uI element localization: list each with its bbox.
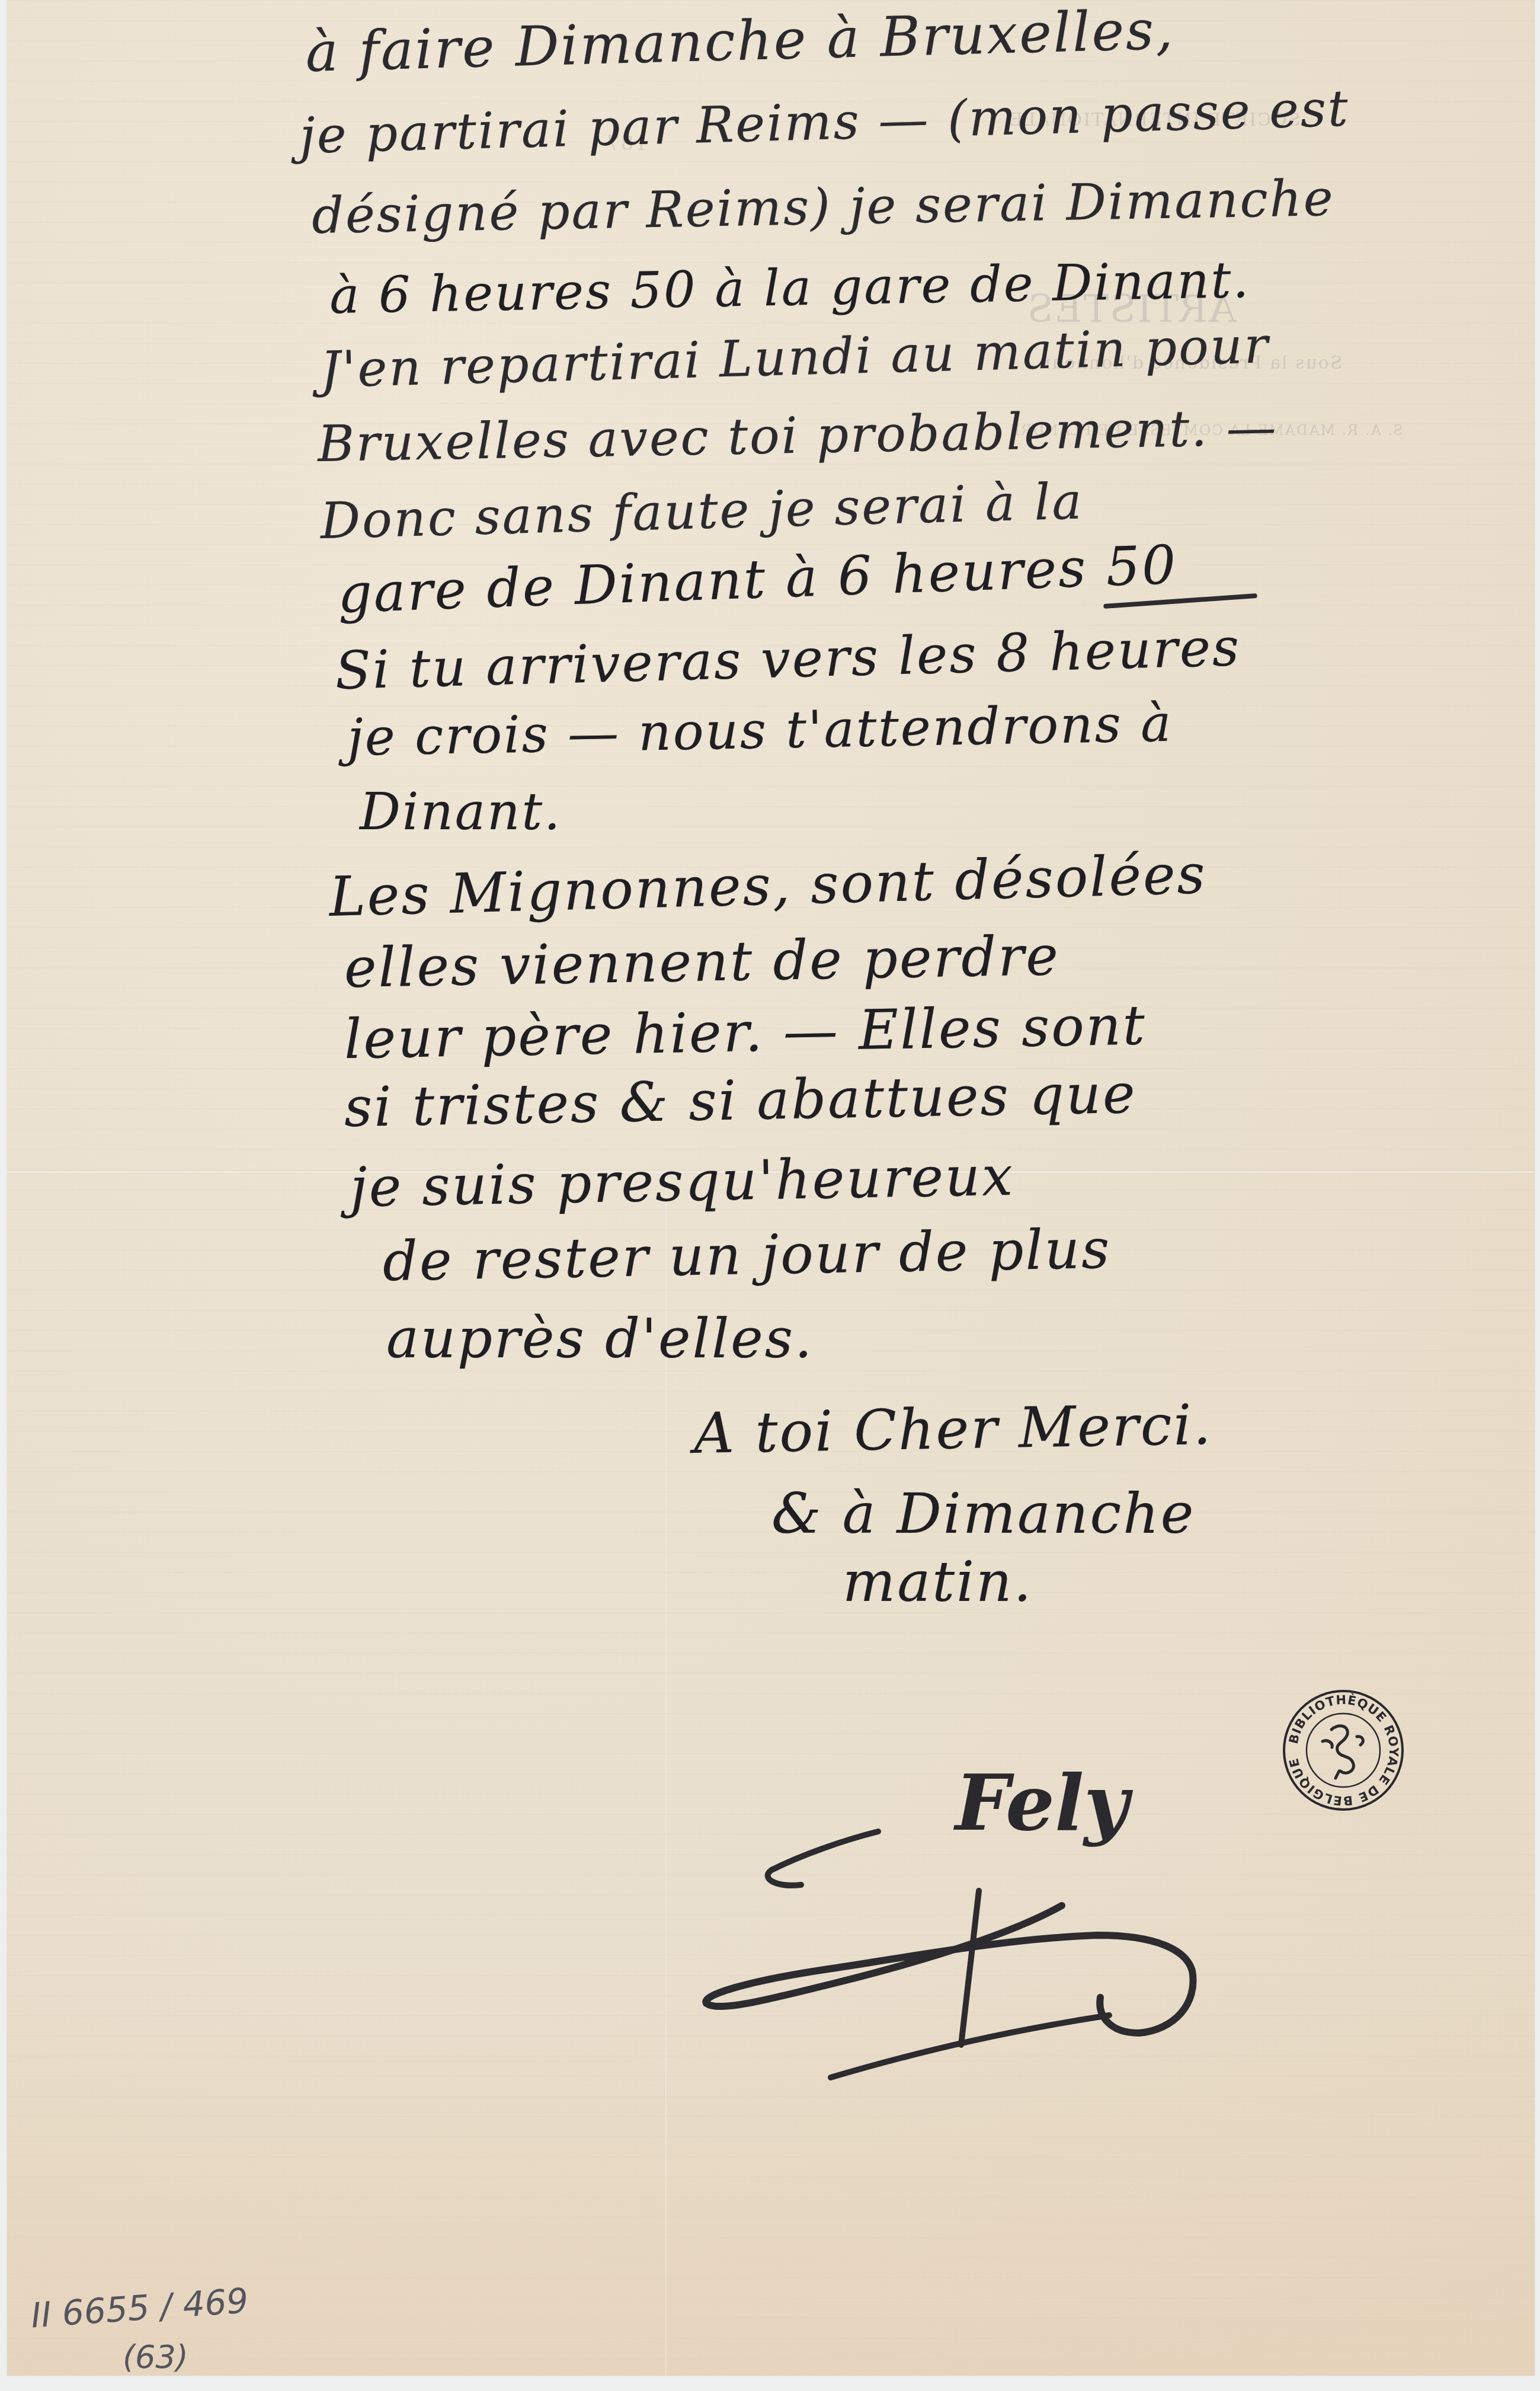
- letter-line-13: elles viennent de perdre: [344, 924, 1060, 1000]
- letter-sheet: 187 SOCIÉTÉ INTERNATIONALE ARTISTES Sous…: [7, 0, 1535, 2376]
- letter-line-3: désigné par Reims) je serai Dimanche: [311, 169, 1335, 245]
- letter-line-8: gare de Dinant à 6 heures 50: [337, 534, 1179, 625]
- closing-line-1: A toi Cher Merci.: [693, 1393, 1213, 1466]
- letter-line-18: auprès d'elles.: [386, 1307, 814, 1370]
- letter-line-14: leur père hier. — Elles sont: [344, 993, 1147, 1071]
- letter-line-15: si tristes & si abattues que: [344, 1062, 1137, 1139]
- closing-line-3: matin.: [843, 1550, 1033, 1615]
- letter-line-17: de rester un jour de plus: [382, 1217, 1112, 1293]
- library-stamp: BIBLIOTHÈQUE ROYALE DE BELGIQUE: [1281, 1688, 1405, 1813]
- letter-line-7: Donc sans faute je serai à la: [319, 472, 1084, 550]
- shelfmark-folio: (63): [123, 2338, 188, 2376]
- letter-line-11: Dinant.: [360, 782, 562, 842]
- svg-text:BIBLIOTHÈQUE ROYALE DE BELGIQU: BIBLIOTHÈQUE ROYALE DE BELGIQUE: [1286, 1692, 1401, 1808]
- letter-line-9: Si tu arriveras vers les 8 heures: [334, 616, 1241, 701]
- letter-line-6: Bruxelles avec toi probablement. —: [317, 398, 1278, 473]
- letter-line-2: je partirai par Reims — (mon passe est: [299, 79, 1350, 165]
- signature-flourish: [683, 1808, 1275, 2092]
- letter-line-10: je crois — nous t'attendrons à: [347, 694, 1173, 768]
- letter-line-5: J'en repartirai Lundi au matin pour: [319, 316, 1270, 399]
- letter-line-16: je suis presqu'heureux: [350, 1144, 1015, 1219]
- letter-line-1: à faire Dimanche à Bruxelles,: [305, 0, 1175, 84]
- closing-line-2: & à Dimanche: [771, 1482, 1195, 1546]
- lion-rampant-icon: [1323, 1726, 1363, 1778]
- letter-line-12: Les Mignonnes, sont désolées: [328, 842, 1208, 929]
- document-scan: 187 SOCIÉTÉ INTERNATIONALE ARTISTES Sous…: [0, 0, 1540, 2391]
